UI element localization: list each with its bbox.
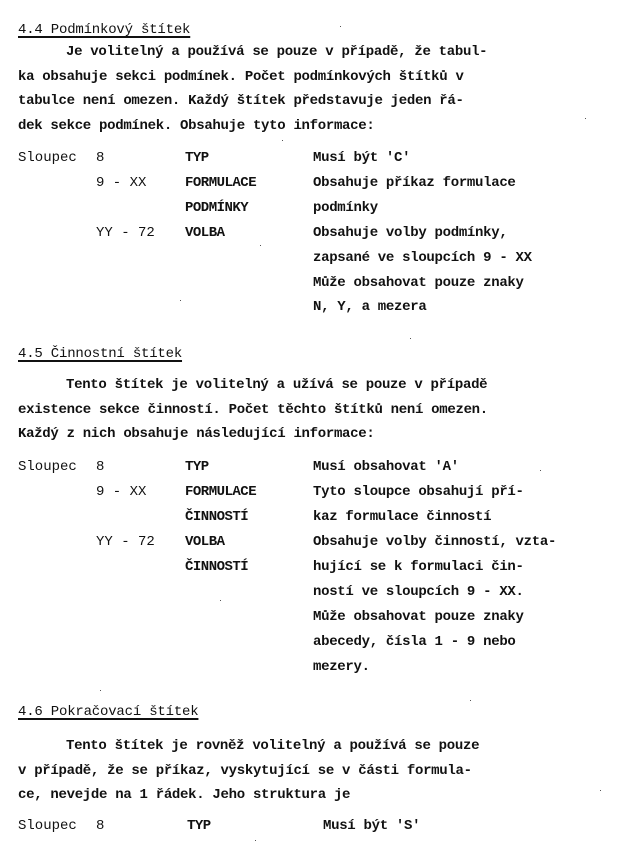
paragraph-line: Tento štítek je rovněž volitelný a použí… [18,734,618,759]
table-row: Může obsahovat pouze znaky [0,275,621,299]
paragraph-line: Tento štítek je volitelný a užívá se pou… [18,373,618,398]
section-heading-4-5: 4.5 Činnostní štítek [18,346,182,362]
row-description: Obsahuje volby podmínky, [313,225,507,241]
section-heading-4-4: 4.4 Podmínkový štítek [18,22,190,38]
row-field: ČINNOSTÍ [185,559,248,575]
speck [470,700,471,701]
table-row: abecedy, čísla 1 - 9 nebo [0,634,621,658]
row-field: FORMULACE [185,175,256,191]
paragraph-line: existence sekce činností. Počet těchto š… [18,398,618,423]
paragraph-line: Je volitelný a používá se pouze v případ… [18,40,618,65]
row-description: Musí obsahovat 'A' [313,459,459,475]
table-row: ČINNOSTÍ kaz formulace činností [0,509,621,533]
row-description: zapsané ve sloupcích 9 - XX [313,250,532,266]
paragraph-line: tabulce není omezen. Každý štítek předst… [18,89,618,114]
row-label: Sloupec [18,818,77,834]
speck [340,26,341,27]
row-columns: YY - 72 [96,534,155,550]
row-description: hující se k formulaci čin- [313,559,524,575]
row-label: Sloupec [18,150,77,166]
speck [600,790,601,791]
table-row: YY - 72 VOLBA Obsahuje volby činností, v… [0,534,621,558]
row-description: Může obsahovat pouze znaky [313,609,524,625]
row-description: Tyto sloupce obsahují pří- [313,484,524,500]
paragraph-line: Každý z nich obsahuje následující inform… [18,422,618,447]
paragraph-line-text: ka obsahuje sekci podmínek. Počet podmín… [18,69,464,85]
table-row: YY - 72 VOLBA Obsahuje volby podmínky, [0,225,621,249]
row-columns: 9 - XX [96,175,146,191]
speck [585,118,586,119]
paragraph-line: ka obsahuje sekci podmínek. Počet podmín… [18,65,618,90]
row-description: abecedy, čísla 1 - 9 nebo [313,634,516,650]
row-field: TYP [185,459,209,475]
section-paragraph-4-4: Je volitelný a používá se pouze v případ… [18,40,618,138]
speck [282,140,283,141]
table-row: 9 - XX FORMULACE Tyto sloupce obsahují p… [0,484,621,508]
speck [220,600,221,601]
paragraph-line: v případě, že se příkaz, vyskytující se … [18,759,618,784]
table-row: 9 - XX FORMULACE Obsahuje příkaz formula… [0,175,621,199]
speck [255,840,256,841]
table-row: PODMÍNKY podmínky [0,200,621,224]
row-description: Obsahuje volby činností, vzta- [313,534,556,550]
row-field: TYP [187,818,211,834]
row-description: podmínky [313,200,378,216]
row-field: VOLBA [185,534,225,550]
row-description: Musí být 'C' [313,150,410,166]
table-row: mezery. [0,659,621,683]
table-row: zapsané ve sloupcích 9 - XX [0,250,621,274]
section-paragraph-4-5: Tento štítek je volitelný a užívá se pou… [18,373,618,447]
row-columns: 9 - XX [96,484,146,500]
row-field: FORMULACE [185,484,256,500]
table-row: Sloupec 8 TYP Musí být 'C' [0,150,621,174]
row-columns: 8 [96,459,104,475]
row-description: ností ve sloupcích 9 - XX. [313,584,524,600]
table-row: Sloupec 8 TYP Musí být 'S' [0,818,621,842]
row-description: Obsahuje příkaz formulace [313,175,516,191]
row-columns: 8 [96,818,104,834]
table-row: Může obsahovat pouze znaky [0,609,621,633]
row-field: PODMÍNKY [185,200,248,216]
paragraph-line: dek sekce podmínek. Obsahuje tyto inform… [18,114,618,139]
row-columns: YY - 72 [96,225,155,241]
speck [260,245,261,246]
paragraph-line: ce, nevejde na 1 řádek. Jeho struktura j… [18,783,618,808]
speck [180,300,181,301]
section-heading-4-6: 4.6 Pokračovací štítek [18,704,198,720]
row-description: kaz formulace činností [313,509,491,525]
table-row: ČINNOSTÍ hující se k formulaci čin- [0,559,621,583]
row-field: ČINNOSTÍ [185,509,248,525]
table-row: N, Y, a mezera [0,299,621,323]
row-description: mezery. [313,659,370,675]
document-page: 4.4 Podmínkový štítek Je volitelný a pou… [0,0,621,854]
table-row: ností ve sloupcích 9 - XX. [0,584,621,608]
row-description: Může obsahovat pouze znaky [313,275,524,291]
row-columns: 8 [96,150,104,166]
row-label: Sloupec [18,459,77,475]
section-paragraph-4-6: Tento štítek je rovněž volitelný a použí… [18,734,618,808]
table-row: Sloupec 8 TYP Musí obsahovat 'A' [0,459,621,483]
row-description: N, Y, a mezera [313,299,426,315]
row-field: VOLBA [185,225,225,241]
row-description: Musí být 'S' [323,818,420,834]
speck [540,470,541,471]
speck [100,690,101,691]
speck [410,338,411,339]
row-field: TYP [185,150,209,166]
